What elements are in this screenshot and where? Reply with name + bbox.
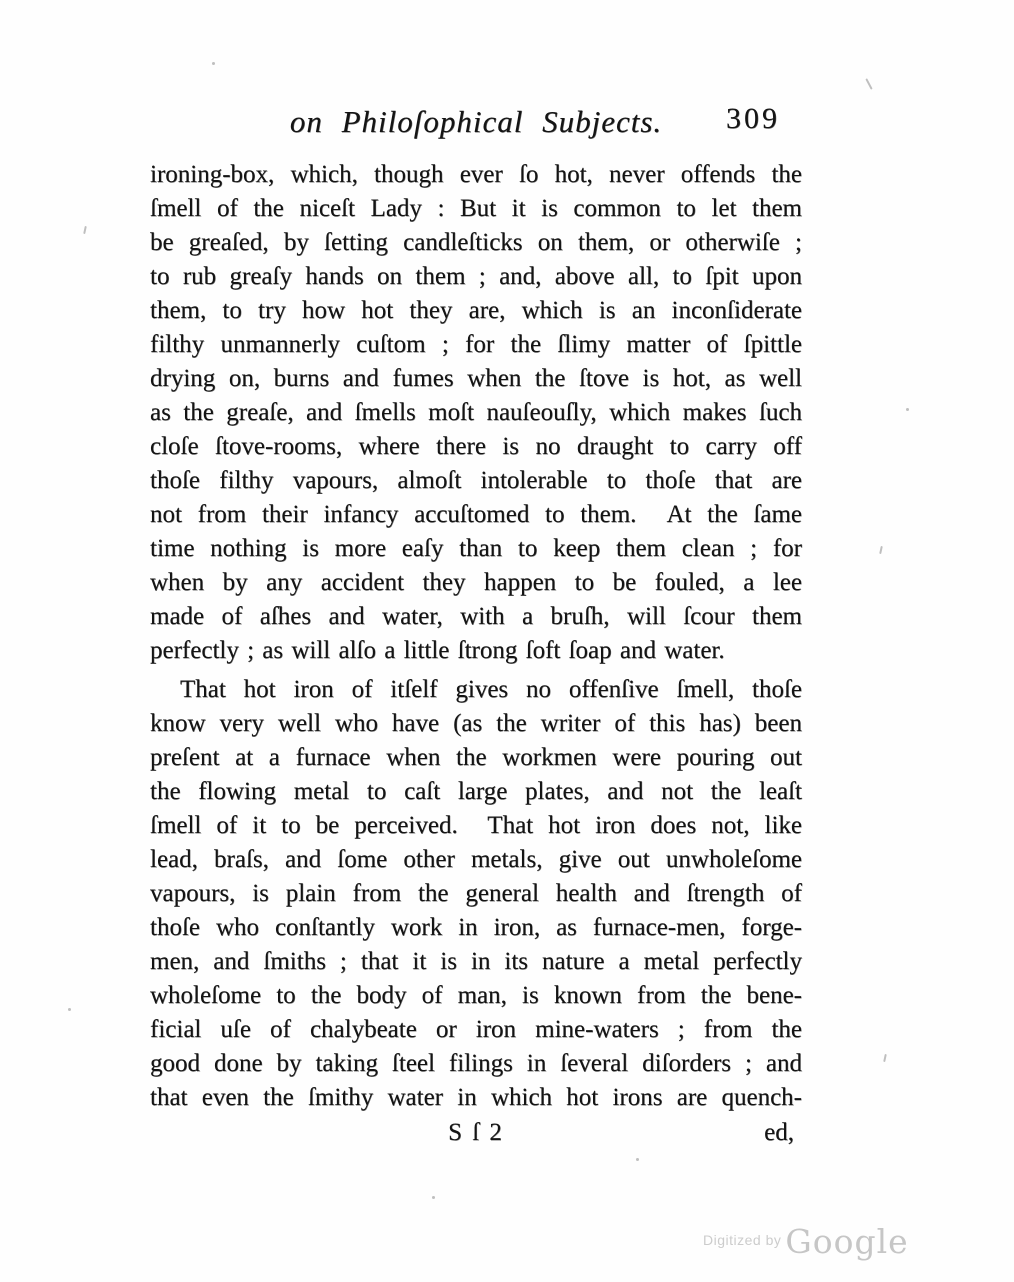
paragraph-1: ironing-box, which, though ever ſo hot, … [150, 158, 802, 668]
text-line: good done by taking ſteel filings in ſev… [150, 1047, 802, 1081]
scan-speck [636, 1158, 639, 1161]
text-line: when by any accident they happen to be f… [150, 566, 802, 600]
digitized-by-google-watermark: Digitized by Google [703, 1222, 909, 1261]
scan-speck [865, 78, 872, 90]
text-line: That hot iron of itſelf gives no offenſi… [150, 673, 802, 707]
text-line: be greaſed, by ſetting candleſticks on t… [150, 226, 802, 260]
text-line: ſmell of the niceſt Lady : But it is com… [150, 192, 802, 226]
text-line: thoſe filthy vapours, almoſt intolerable… [150, 464, 802, 498]
text-line: them, to try how hot they are, which is … [150, 294, 802, 328]
paragraph-2: That hot iron of itſelf gives no offenſi… [150, 673, 802, 1115]
text-line: wholeſome to the body of man, is known f… [150, 979, 802, 1013]
text-line: lead, braſs, and ſome other metals, give… [150, 843, 802, 877]
scan-speck [83, 226, 87, 234]
scan-speck [68, 1008, 71, 1011]
catchword: ed, [764, 1116, 794, 1150]
google-logo: Google [785, 1222, 908, 1261]
scan-speck [883, 1054, 887, 1062]
text-line: that even the ſmithy water in which hot … [150, 1081, 802, 1115]
text-line: drying on, burns and fumes when the ſtov… [150, 362, 802, 396]
digitized-by-label: Digitized by [703, 1232, 781, 1248]
scan-speck [432, 1196, 435, 1199]
text-line: not from their infancy accuſtomed to the… [150, 498, 802, 532]
text-line: ficial uſe of chalybeate or iron mine-wa… [150, 1013, 802, 1047]
footer-line: S ſ 2 ed, [150, 1116, 802, 1152]
text-line: preſent at a furnace when the workmen we… [150, 741, 802, 775]
text-line: time nothing is more eaſy than to keep t… [150, 532, 802, 566]
text-line: know very well who have (as the writer o… [150, 707, 802, 741]
scan-speck [212, 62, 215, 65]
scan-speck [906, 408, 909, 411]
text-line: ſmell of it to be perceived. That hot ir… [150, 809, 802, 843]
scanned-book-page: on Philoſophical Subjects. 309 ironing-b… [0, 0, 1014, 1282]
text-line: men, and ſmiths ; that it is in its natu… [150, 945, 802, 979]
text-line: made of aſhes and water, with a bruſh, w… [150, 600, 802, 634]
text-line: to rub greaſy hands on them ; and, above… [150, 260, 802, 294]
text-block: on Philoſophical Subjects. 309 ironing-b… [150, 100, 802, 1152]
running-head: on Philoſophical Subjects. 309 [150, 100, 802, 152]
text-line: filthy unmannerly cuſtom ; for the ſlimy… [150, 328, 802, 362]
scan-speck [879, 546, 883, 554]
body-text: ironing-box, which, though ever ſo hot, … [150, 158, 802, 1152]
text-line: the flowing metal to caſt large plates, … [150, 775, 802, 809]
text-line: cloſe ſtove-rooms, where there is no dra… [150, 430, 802, 464]
text-line: as the greaſe, and ſmells moſt nauſeouſl… [150, 396, 802, 430]
text-line: perfectly ; as will alſo a little ſtrong… [150, 634, 802, 668]
text-line: ironing-box, which, though ever ſo hot, … [150, 158, 802, 192]
text-line: vapours, is plain from the general healt… [150, 877, 802, 911]
signature-mark: S ſ 2 [150, 1116, 802, 1150]
page-number: 309 [726, 102, 780, 136]
running-title: on Philoſophical Subjects. [150, 100, 802, 144]
text-line: thoſe who conſtantly work in iron, as fu… [150, 911, 802, 945]
